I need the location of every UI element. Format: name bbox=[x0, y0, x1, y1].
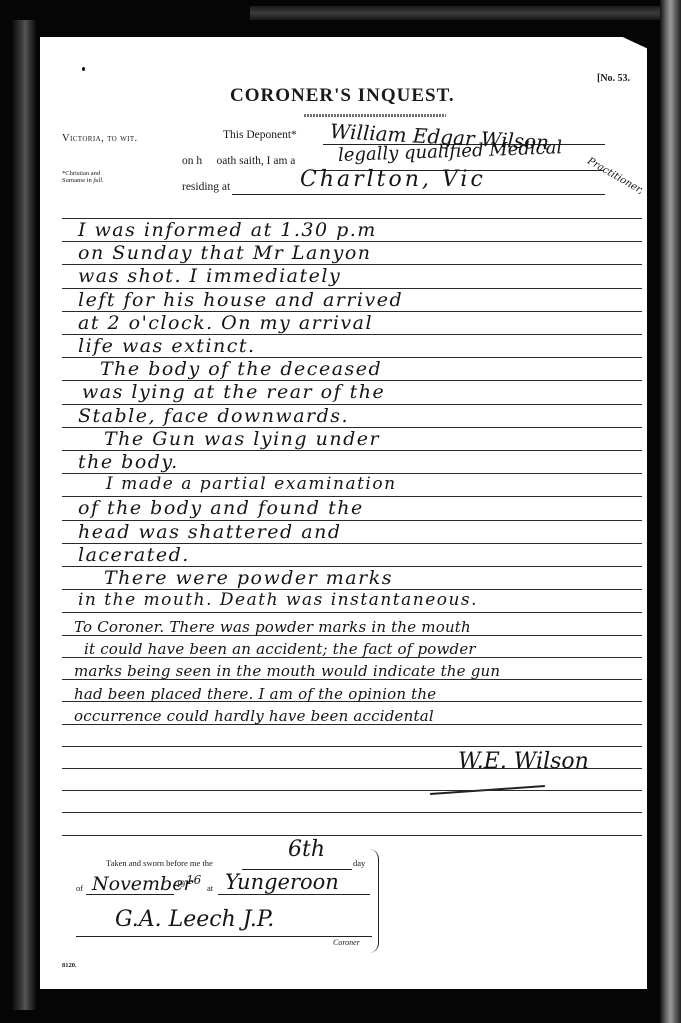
coroner-label: Coroner bbox=[333, 938, 360, 947]
deposition-line: life was extinct. bbox=[78, 335, 256, 357]
deposition-line: The body of the deceased bbox=[100, 358, 382, 380]
coroner-question-line: it could have been an accident; the fact… bbox=[84, 640, 476, 658]
jurat-at-label: at bbox=[207, 883, 213, 893]
binding-edge-top bbox=[250, 6, 670, 20]
deponent-occupation-continued: Practitioner, bbox=[585, 156, 645, 197]
jurat-place-line bbox=[218, 894, 370, 895]
jurisdiction-label: Victoria, to wit. bbox=[62, 133, 138, 144]
jurat-brace bbox=[368, 849, 379, 953]
deposition-line: the body. bbox=[78, 451, 179, 473]
title-underline bbox=[304, 114, 446, 117]
deposition-line: head was shattered and bbox=[78, 521, 341, 543]
form-code: 8120. bbox=[62, 962, 77, 969]
jurat-day-label: day bbox=[353, 858, 365, 868]
jurat-year-value: 16 bbox=[186, 873, 201, 887]
oath-label: on h oath saith, I am a bbox=[182, 155, 295, 167]
binding-edge-right bbox=[660, 0, 681, 1023]
ruled-line bbox=[62, 812, 642, 813]
deposition-line: at 2 o'clock. On my arrival bbox=[78, 312, 373, 334]
deposition-line: left for his house and arrived bbox=[78, 289, 403, 311]
residence-field-line bbox=[232, 194, 605, 195]
jurat-day-value: 6th bbox=[288, 837, 325, 862]
deposition-line: in the mouth. Death was instantaneous. bbox=[78, 590, 478, 610]
deposition-line: was lying at the rear of the bbox=[82, 381, 385, 403]
deponent-label: This Deponent* bbox=[223, 129, 297, 141]
ink-speck bbox=[82, 67, 85, 71]
coroner-signature-line bbox=[76, 936, 372, 937]
jurat-place-value: Yungeroon bbox=[225, 870, 339, 894]
deposition-line: of the body and found the bbox=[78, 497, 364, 519]
page-title: CORONER'S INQUEST. bbox=[230, 85, 455, 107]
coroner-signature: G.A. Leech J.P. bbox=[115, 907, 274, 932]
ruled-line bbox=[62, 790, 642, 791]
coroner-question-line: occurrence could hardly have been accide… bbox=[74, 707, 434, 725]
deposition-line: There were powder marks bbox=[104, 567, 393, 589]
deposition-line: I was informed at 1.30 p.m bbox=[78, 219, 377, 241]
coroner-question-line: marks being seen in the mouth would indi… bbox=[74, 662, 500, 680]
jurat-year-prefix: 19 bbox=[176, 879, 185, 889]
ruled-line bbox=[62, 835, 642, 836]
ruled-line bbox=[62, 768, 642, 769]
name-footnote: *Christian and Surname in full. bbox=[62, 170, 106, 184]
deposition-line: lacerated. bbox=[78, 544, 190, 566]
deponent-signature: W.E. Wilson bbox=[458, 749, 589, 774]
jurat-taken-label: Taken and sworn before me the bbox=[106, 858, 213, 868]
deposition-line: Stable, face downwards. bbox=[78, 405, 349, 427]
coroner-question-line: To Coroner. There was powder marks in th… bbox=[74, 618, 471, 636]
residing-label: residing at bbox=[182, 181, 230, 193]
deposition-line: The Gun was lying under bbox=[104, 428, 380, 450]
jurat-of-label: of bbox=[76, 883, 83, 893]
deposition-line: I made a partial examination bbox=[106, 474, 397, 494]
footnote-emphasis: full. bbox=[93, 177, 103, 184]
deponent-residence: Charlton, Vic bbox=[300, 167, 486, 192]
ruled-line bbox=[62, 746, 642, 747]
ruled-line bbox=[62, 612, 642, 613]
inquest-form-page: [No. 53. CORONER'S INQUEST. Victoria, to… bbox=[40, 37, 647, 989]
coroner-question-line: had been placed there. I am of the opini… bbox=[74, 685, 436, 703]
binding-edge-left bbox=[12, 20, 36, 1010]
deposition-line: on Sunday that Mr Lanyon bbox=[78, 242, 372, 264]
form-number: [No. 53. bbox=[597, 73, 630, 84]
deposition-line: was shot. I immediately bbox=[78, 265, 341, 287]
